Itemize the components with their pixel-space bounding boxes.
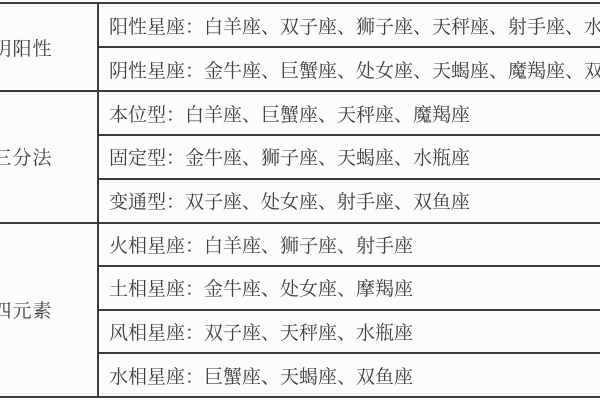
group-four-elements: 四元素 火相星座：白羊座、狮子座、射手座 土相星座：金牛座、处女座、摩羯座 风相… <box>0 222 600 396</box>
table-row-yin-signs: 阴性星座：金牛座、巨蟹座、处女座、天蝎座、魔羯座、双鱼座 <box>99 46 600 90</box>
table-row-mutable-signs: 变通型：双子座、处女座、射手座、双鱼座 <box>99 178 600 222</box>
table-row-yang-signs: 阳性星座：白羊座、双子座、狮子座、天秤座、射手座、水瓶座 <box>99 4 600 46</box>
zodiac-table-screenshot: 阴阳性 阳性星座：白羊座、双子座、狮子座、天秤座、射手座、水瓶座 阴性星座：金牛… <box>0 0 600 400</box>
group-label-four-elements: 四元素 <box>0 224 99 396</box>
table-row-water-signs: 水相星座：巨蟹座、天蝎座、双鱼座 <box>99 352 600 396</box>
group-four-elements-rows: 火相星座：白羊座、狮子座、射手座 土相星座：金牛座、处女座、摩羯座 风相星座：双… <box>99 224 600 396</box>
group-yin-yang: 阴阳性 阳性星座：白羊座、双子座、狮子座、天秤座、射手座、水瓶座 阴性星座：金牛… <box>0 4 600 90</box>
group-three-modes: 三分法 本位型：白羊座、巨蟹座、天秤座、魔羯座 固定型：金牛座、狮子座、天蝎座、… <box>0 90 600 221</box>
group-label-yin-yang: 阴阳性 <box>0 4 99 90</box>
table-row-air-signs: 风相星座：双子座、天秤座、水瓶座 <box>99 309 600 353</box>
table-row-earth-signs: 土相星座：金牛座、处女座、摩羯座 <box>99 265 600 309</box>
zodiac-classification-table: 阴阳性 阳性星座：白羊座、双子座、狮子座、天秤座、射手座、水瓶座 阴性星座：金牛… <box>0 2 600 398</box>
table-row-fixed-signs: 固定型：金牛座、狮子座、天蝎座、水瓶座 <box>99 134 600 178</box>
group-label-three-modes: 三分法 <box>0 92 99 221</box>
group-three-modes-rows: 本位型：白羊座、巨蟹座、天秤座、魔羯座 固定型：金牛座、狮子座、天蝎座、水瓶座 … <box>99 92 600 221</box>
table-row-fire-signs: 火相星座：白羊座、狮子座、射手座 <box>99 224 600 266</box>
table-row-cardinal-signs: 本位型：白羊座、巨蟹座、天秤座、魔羯座 <box>99 92 600 134</box>
group-yin-yang-rows: 阳性星座：白羊座、双子座、狮子座、天秤座、射手座、水瓶座 阴性星座：金牛座、巨蟹… <box>99 4 600 90</box>
